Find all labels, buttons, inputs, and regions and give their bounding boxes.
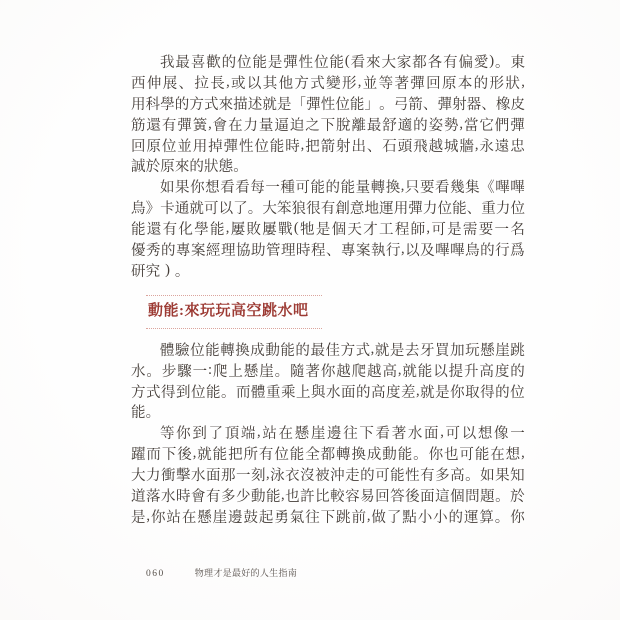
text-line: 用科學的方式來描述就是「彈性位能」。弓箭、彈射器、橡皮 xyxy=(131,93,525,114)
text-line: 大力衝擊水面那一刻,泳衣沒被沖走的可能性有多高。如果知 xyxy=(131,464,525,485)
text-line: 能還有化學能,屢敗屢戰(牠是個天才工程師,可是需要一名 xyxy=(131,218,525,239)
text-line: 能。 xyxy=(131,401,525,422)
text-line: 研究)。 xyxy=(131,260,525,281)
text-line: 筋還有彈簧,會在力量逼迫之下脫離最舒適的姿勢,當它們彈 xyxy=(131,114,525,135)
page-number: 060 xyxy=(146,569,165,579)
text-line: 等你到了頂端,站在懸崖邊往下看著水面,可以想像一 xyxy=(131,422,525,443)
page-text-column: 我最喜歡的位能是彈性位能(看來大家都各有偏愛)。東西伸展、拉長,或以其他方式變形… xyxy=(131,51,525,527)
text-line: 如果你想看看每一種可能的能量轉換,只要看幾集《嗶嗶 xyxy=(131,176,525,197)
text-line: 水。步驟一:爬上懸崖。隨著你越爬越高,就能以提升高度的 xyxy=(131,360,525,381)
book-title: 物理才是最好的人生指南 xyxy=(195,566,297,579)
text-line: 是,你站在懸崖邊鼓起勇氣往下跳前,做了點小小的運算。你 xyxy=(131,506,525,527)
paragraph: 體驗位能轉換成動能的最佳方式,就是去牙買加玩懸崖跳水。步驟一:爬上懸崖。隨著你越… xyxy=(131,339,525,423)
text-line: 道落水時會有多少動能,也許比較容易回答後面這個問題。於 xyxy=(131,485,525,506)
section-heading: 動能:來玩玩高空跳水吧 xyxy=(146,295,322,329)
text-line: 西伸展、拉長,或以其他方式變形,並等著彈回原本的形狀, xyxy=(131,72,525,93)
text-line: 方式得到位能。而體重乘上與水面的高度差,就是你取得的位 xyxy=(131,381,525,402)
paragraph: 我最喜歡的位能是彈性位能(看來大家都各有偏愛)。東西伸展、拉長,或以其他方式變形… xyxy=(131,51,525,176)
text-line: 我最喜歡的位能是彈性位能(看來大家都各有偏愛)。東 xyxy=(131,51,525,72)
text-line: 誠於原來的狀態。 xyxy=(131,155,525,176)
book-page: 我最喜歡的位能是彈性位能(看來大家都各有偏愛)。東西伸展、拉長,或以其他方式變形… xyxy=(0,0,620,620)
text-line: 體驗位能轉換成動能的最佳方式,就是去牙買加玩懸崖跳 xyxy=(131,339,525,360)
paragraph: 如果你想看看每一種可能的能量轉換,只要看幾集《嗶嗶鳥》卡通就可以了。大笨狼很有創… xyxy=(131,176,525,280)
text-line: 優秀的專案經理協助管理時程、專案執行,以及嗶嗶鳥的行爲 xyxy=(131,239,525,260)
text-line: 躍而下後,就能把所有位能全都轉換成動能。你也可能在想, xyxy=(131,443,525,464)
text-line: 鳥》卡通就可以了。大笨狼很有創意地運用彈力位能、重力位 xyxy=(131,197,525,218)
paragraph: 等你到了頂端,站在懸崖邊往下看著水面,可以想像一躍而下後,就能把所有位能全都轉換… xyxy=(131,422,525,526)
page-footer: 060 物理才是最好的人生指南 xyxy=(146,566,297,579)
text-line: 回原位並用掉彈性位能時,把箭射出、石頭飛越城牆,永遠忠 xyxy=(131,135,525,156)
